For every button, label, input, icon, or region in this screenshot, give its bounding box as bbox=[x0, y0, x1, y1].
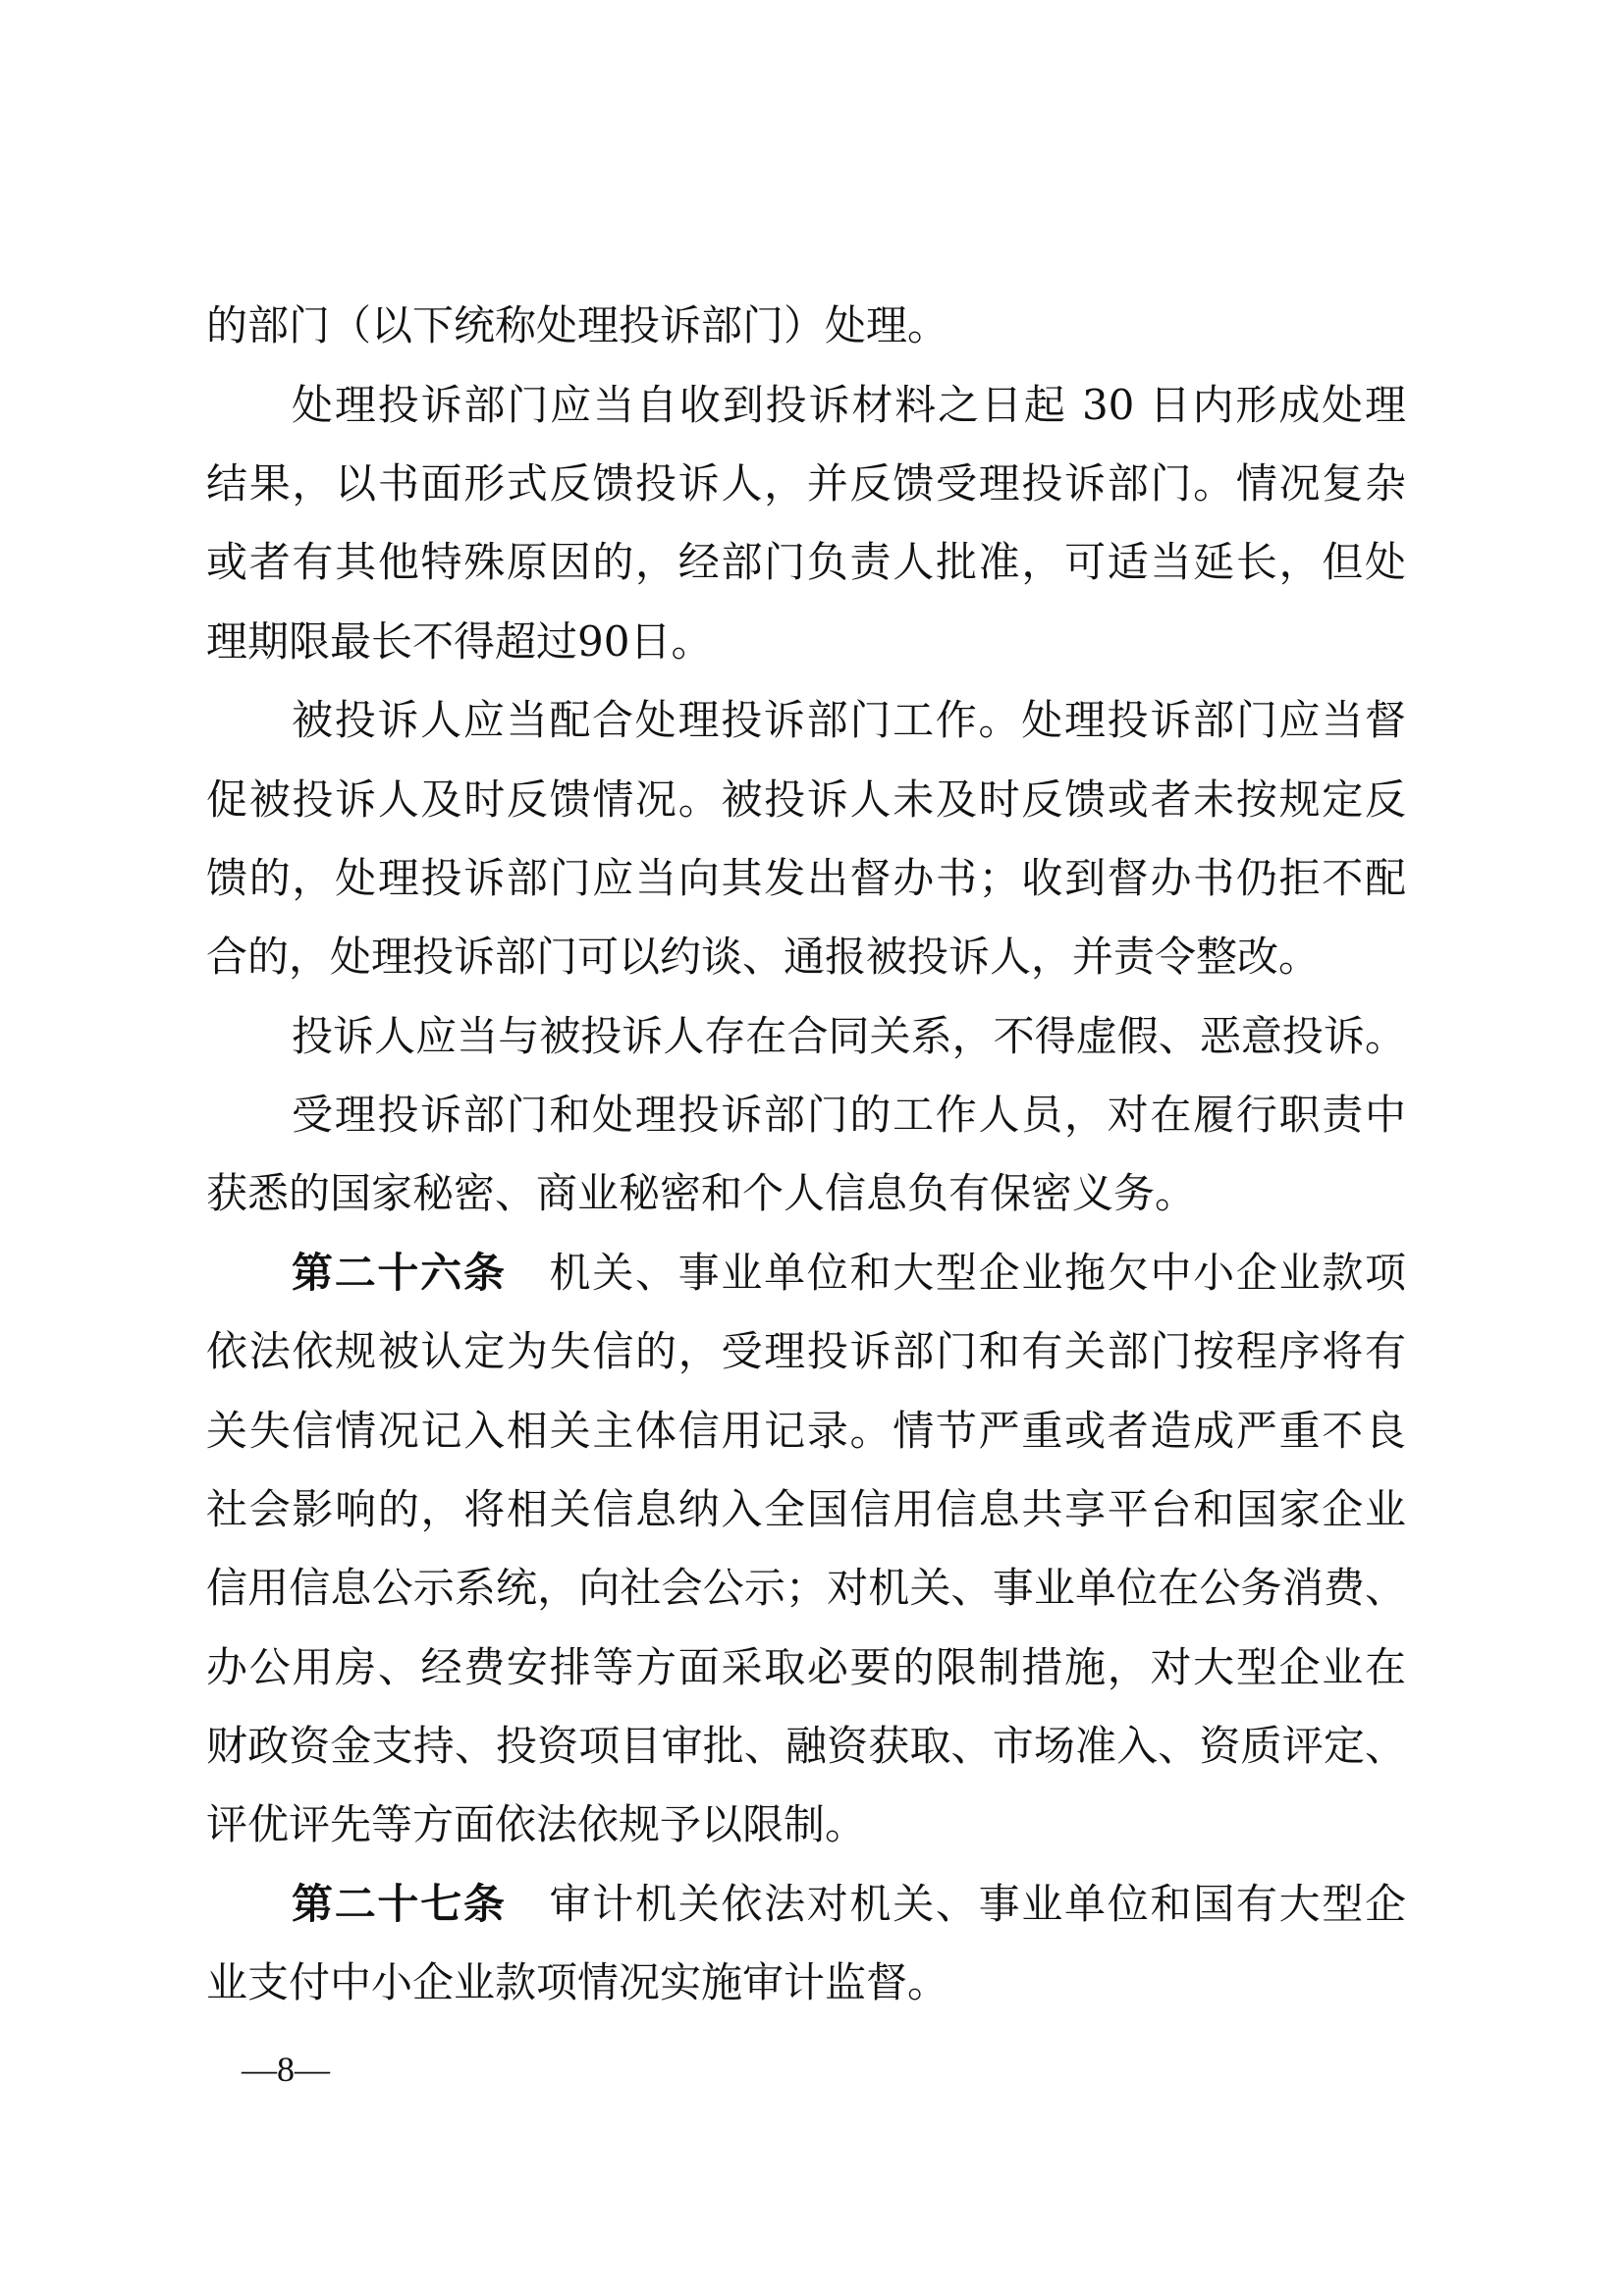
article-26-line: 办公用房、经费安排等方面采取必要的限制措施，对大型企业在 bbox=[206, 1645, 1406, 1690]
article-27-first-line: 第二十七条审计机关依法对机关、事业单位和国有大型企 bbox=[292, 1882, 1406, 1927]
paragraph-respondent-cooperation-line: 促被投诉人及时反馈情况。被投诉人未及时反馈或者未按规定反 bbox=[206, 777, 1406, 823]
paragraph-processing-deadline-line: 或者有其他特殊原因的，经部门负责人批准，可适当延长，但处 bbox=[206, 540, 1406, 585]
paragraph-confidentiality-line: 受理投诉部门和处理投诉部门的工作人员，对在履行职责中 bbox=[292, 1093, 1406, 1138]
paragraph-continuation-line: 的部门（以下统称处理投诉部门）处理。 bbox=[206, 303, 1406, 348]
paragraph-processing-deadline-line: 理期限最长不得超过90日。 bbox=[206, 619, 1406, 665]
paragraph-processing-deadline-line: 处理投诉部门应当自收到投诉材料之日起 30 日内形成处理 bbox=[292, 383, 1406, 428]
article-27-line: 业支付中小企业款项情况实施审计监督。 bbox=[206, 1960, 1406, 2005]
article-27-heading: 第二十七条 bbox=[292, 1880, 507, 1928]
article-26-line: 信用信息公示系统，向社会公示；对机关、事业单位在公务消费、 bbox=[206, 1566, 1406, 1611]
page-number: —8— bbox=[242, 2050, 330, 2089]
article-27-text: 审计机关依法对机关、事业单位和国有大型企 bbox=[550, 1880, 1406, 1928]
article-26-line: 社会影响的，将相关信息纳入全国信用信息共享平台和国家企业 bbox=[206, 1487, 1406, 1532]
article-26-heading: 第二十六条 bbox=[292, 1249, 507, 1297]
paragraph-processing-deadline-line: 结果，以书面形式反馈投诉人，并反馈受理投诉部门。情况复杂 bbox=[206, 461, 1406, 507]
paragraph-complainant-obligation-line: 投诉人应当与被投诉人存在合同关系，不得虚假、恶意投诉。 bbox=[292, 1014, 1406, 1059]
paragraph-respondent-cooperation-line: 合的，处理投诉部门可以约谈、通报被投诉人，并责令整改。 bbox=[206, 934, 1406, 980]
article-26-line: 依法依规被认定为失信的，受理投诉部门和有关部门按程序将有 bbox=[206, 1329, 1406, 1374]
article-26-text: 机关、事业单位和大型企业拖欠中小企业款项 bbox=[550, 1249, 1406, 1297]
article-26-line: 财政资金支持、投资项目审批、融资获取、市场准入、资质评定、 bbox=[206, 1724, 1406, 1769]
document-page: 的部门（以下统称处理投诉部门）处理。 处理投诉部门应当自收到投诉材料之日起 30… bbox=[0, 0, 1624, 2296]
article-26-line: 评优评先等方面依法依规予以限制。 bbox=[206, 1802, 1406, 1847]
paragraph-respondent-cooperation-line: 馈的，处理投诉部门应当向其发出督办书；收到督办书仍拒不配 bbox=[206, 856, 1406, 901]
article-26-first-line: 第二十六条机关、事业单位和大型企业拖欠中小企业款项 bbox=[292, 1251, 1406, 1296]
paragraph-respondent-cooperation-line: 被投诉人应当配合处理投诉部门工作。处理投诉部门应当督 bbox=[292, 698, 1406, 743]
article-26-line: 关失信情况记入相关主体信用记录。情节严重或者造成严重不良 bbox=[206, 1409, 1406, 1454]
paragraph-confidentiality-line: 获悉的国家秘密、商业秘密和个人信息负有保密义务。 bbox=[206, 1171, 1406, 1216]
